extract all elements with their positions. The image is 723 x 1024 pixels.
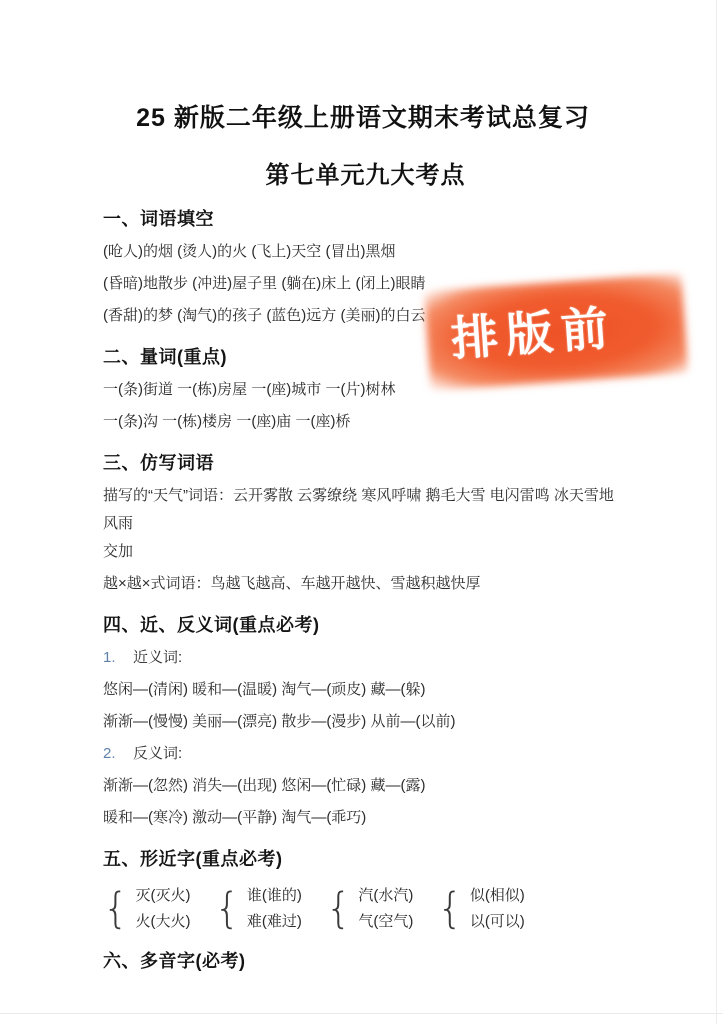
text-line: (昏暗)地散步 (冲进)屋子里 (躺在)床上 (闭上)眼睛 (103, 268, 628, 300)
brace-group-row: { 灭(灭火) 火(大火) { 谁(谁的) 难(难过) { 汽(水汽) 气(空气… (103, 882, 628, 936)
section-heading-measure-words: 二、量词(重点) (103, 340, 628, 374)
text-line: 火(大火) (135, 909, 190, 935)
text-paragraph: 描写的“天气”词语：云开雾散 云雾缭绕 寒风呼啸 鹅毛大雪 电闪雷鸣 冰天雪地 … (103, 482, 628, 566)
section-heading-similar-characters: 五、形近字(重点必考) (103, 842, 628, 876)
document-page: 25 新版二年级上册语文期末考试总复习 第七单元九大考点 一、词语填空 (呛人)… (0, 0, 723, 1024)
section-heading-word-fill: 一、词语填空 (103, 202, 628, 236)
list-item-synonyms: 1.近义词: (103, 642, 628, 674)
section-heading-synonyms-antonyms: 四、近、反义词(重点必考) (103, 608, 628, 642)
doc-title: 25 新版二年级上册语文期末考试总复习 (83, 0, 643, 136)
text-line: 描写的“天气”词语：云开雾散 云雾缭绕 寒风呼啸 鹅毛大雪 电闪雷鸣 冰天雪地 … (103, 482, 628, 538)
text-line: 一(条)街道 一(栋)房屋 一(座)城市 一(片)树林 (103, 374, 628, 406)
text-line: 一(条)沟 一(栋)楼房 一(座)庙 一(座)桥 (103, 406, 628, 438)
doc-subtitle: 第七单元九大考点 (103, 158, 628, 194)
text-line: (呛人)的烟 (烫人)的火 (飞上)天空 (冒出)黑烟 (103, 236, 628, 268)
brace-group: { 灭(灭火) 火(大火) (103, 882, 190, 936)
brace-group: { 谁(谁的) 难(难过) (214, 882, 301, 936)
brace-group: { 似(相似) 以(可以) (437, 882, 524, 936)
text-line: 灭(灭火) (135, 883, 190, 909)
document-content: 25 新版二年级上册语文期末考试总复习 第七单元九大考点 一、词语填空 (呛人)… (0, 0, 723, 978)
text-line: 暖和—(寒冷) 激动—(平静) 淘气—(乖巧) (103, 802, 628, 834)
text-line: 谁(谁的) (247, 883, 302, 909)
section-heading-polyphonic-characters: 六、多音字(必考) (103, 944, 628, 978)
text-line: 以(可以) (470, 909, 525, 935)
text-line: (香甜)的梦 (淘气)的孩子 (蓝色)远方 (美丽)的白云 (103, 300, 628, 332)
section-heading-imitate-words: 三、仿写词语 (103, 446, 628, 480)
list-number: 1. (103, 642, 133, 674)
list-number: 2. (103, 738, 133, 770)
left-brace-icon: { (326, 881, 351, 938)
left-brace-icon: { (437, 881, 462, 938)
text-line: 越×越×式词语：鸟越飞越高、车越开越快、雪越积越快厚 (103, 568, 628, 600)
text-line: 渐渐—(慢慢) 美丽—(漂亮) 散步—(漫步) 从前—(以前) (103, 706, 628, 738)
text-line: 难(难过) (247, 909, 302, 935)
text-line: 汽(水汽) (358, 883, 413, 909)
page-edge-bottom (0, 1013, 723, 1014)
text-line: 气(空气) (358, 909, 413, 935)
brace-group: { 汽(水汽) 气(空气) (326, 882, 413, 936)
text-line: 交加 (103, 538, 628, 566)
left-brace-icon: { (103, 881, 128, 938)
text-line: 悠闲—(清闲) 暖和—(温暖) 淘气—(顽皮) 藏—(躲) (103, 674, 628, 706)
left-brace-icon: { (214, 881, 239, 938)
page-edge-right (716, 0, 717, 1024)
list-label: 近义词: (133, 649, 182, 666)
text-line: 渐渐—(忽然) 消失—(出现) 悠闲—(忙碌) 藏—(露) (103, 770, 628, 802)
list-item-antonyms: 2.反义词: (103, 738, 628, 770)
text-line: 似(相似) (470, 883, 525, 909)
list-label: 反义词: (133, 745, 182, 762)
